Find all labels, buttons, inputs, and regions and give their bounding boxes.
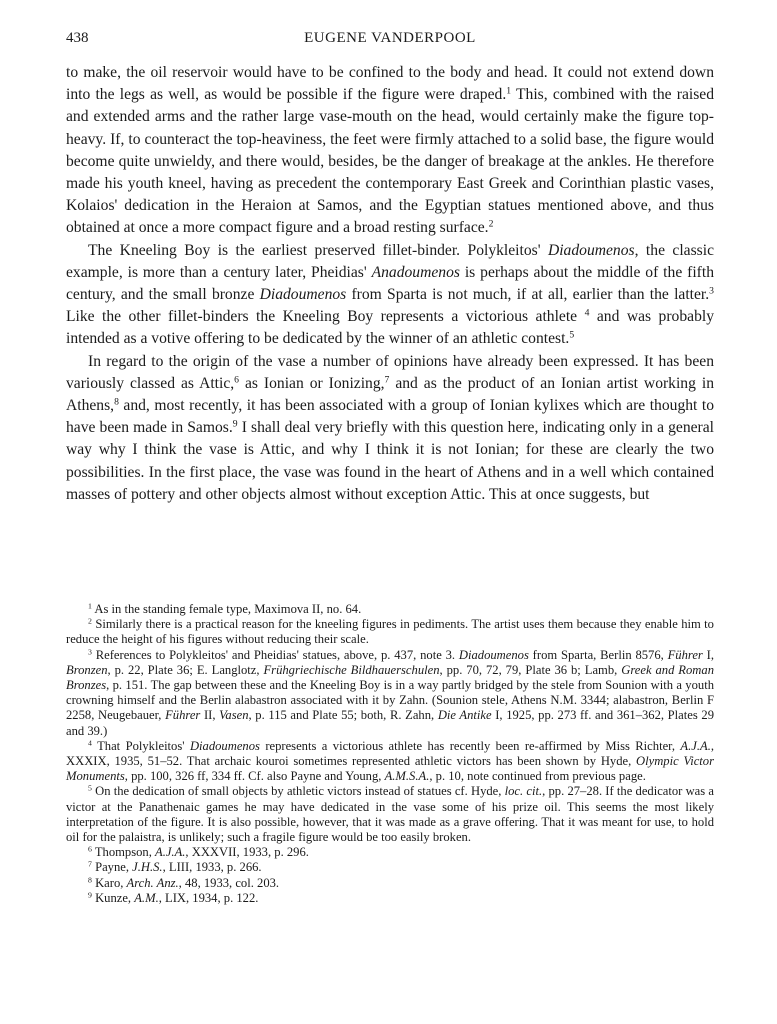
body-paragraph: In regard to the origin of the vase a nu…	[66, 351, 714, 506]
footnote-ref[interactable]: 2	[489, 219, 494, 230]
italic-title: Führer	[668, 648, 703, 662]
footnote-number: 2	[88, 617, 92, 626]
footnote-ref[interactable]: 5	[569, 330, 574, 341]
footnote-7: 7 Payne, J.H.S., LIII, 1933, p. 266.	[66, 860, 714, 875]
text-run: I,	[703, 648, 714, 662]
body-text: to make, the oil reservoir would have to…	[66, 62, 714, 506]
footnote-number: 1	[88, 602, 92, 611]
text-run: Payne,	[95, 860, 132, 874]
footnote-number: 3	[88, 647, 92, 656]
text-run: This, combined with the raised and exten…	[66, 86, 714, 236]
footnote-ref[interactable]: 3	[709, 286, 714, 297]
text-run: Kunze,	[95, 891, 134, 905]
text-run: from Sparta, Berlin 8576,	[529, 648, 668, 662]
text-run: References to Polykleitos' and Pheidias'…	[96, 648, 459, 662]
text-run: Similarly there is a practical reason fo…	[66, 617, 714, 646]
italic-title: Diadoumenos	[260, 286, 347, 303]
body-paragraph: The Kneeling Boy is the earliest preserv…	[66, 240, 714, 351]
italic-title: Vasen	[219, 708, 248, 722]
text-run: as Ionian or Ionizing,	[239, 375, 385, 392]
running-title: EUGENE VANDERPOOL	[66, 30, 714, 47]
footnote-number: 9	[88, 891, 92, 900]
text-run: represents a victorious athlete has rece…	[260, 739, 681, 753]
body-paragraph: to make, the oil reservoir would have to…	[66, 62, 714, 240]
footnote-number: 7	[88, 860, 92, 869]
footnote-number: 5	[88, 784, 92, 793]
footnote-number: 8	[88, 875, 92, 884]
text-run: That Polykleitos'	[97, 739, 190, 753]
text-run: , LIII, 1933, p. 266.	[163, 860, 262, 874]
footnote-8: 8 Karo, Arch. Anz., 48, 1933, col. 203.	[66, 876, 714, 891]
text-run: , XXXVII, 1933, p. 296.	[185, 845, 308, 859]
italic-title: Die Antike	[438, 708, 492, 722]
footnote-1: 1 As in the standing female type, Maximo…	[66, 602, 714, 617]
footnote-number: 4	[88, 739, 92, 748]
text-run: , pp. 70, 72, 79, Plate 36 b; Lamb,	[440, 663, 622, 677]
italic-title: Anadoumenos	[372, 264, 460, 281]
text-run: , LIX, 1934, p. 122.	[159, 891, 259, 905]
text-run: The Kneeling Boy is the earliest preserv…	[88, 242, 548, 259]
italic-title: loc. cit.	[505, 784, 543, 798]
footnote-2: 2 Similarly there is a practical reason …	[66, 617, 714, 647]
text-run: , p. 115 and Plate 55; both, R. Zahn,	[249, 708, 438, 722]
footnote-4: 4 That Polykleitos' Diadoumenos represen…	[66, 739, 714, 785]
italic-title: Arch. Anz.	[127, 876, 179, 890]
footnote-9: 9 Kunze, A.M., LIX, 1934, p. 122.	[66, 891, 714, 906]
italic-title: A.M.S.A.	[385, 769, 430, 783]
footnotes: 1 As in the standing female type, Maximo…	[66, 602, 714, 906]
text-run: , p. 22, Plate 36; E. Langlotz,	[108, 663, 264, 677]
footnote-5: 5 On the dedication of small objects by …	[66, 784, 714, 845]
text-run: Like the other fillet-binders the Kneeli…	[66, 308, 585, 325]
running-head: 438 EUGENE VANDERPOOL	[66, 30, 714, 50]
text-run: Karo,	[95, 876, 126, 890]
italic-title: A.J.A.	[680, 739, 710, 753]
italic-title: A.M.	[134, 891, 158, 905]
italic-title: Bronzen	[66, 663, 108, 677]
italic-title: A.J.A.	[155, 845, 185, 859]
text-run: , 48, 1933, col. 203.	[179, 876, 279, 890]
footnote-3: 3 References to Polykleitos' and Pheidia…	[66, 648, 714, 739]
text-run: Thompson,	[95, 845, 155, 859]
text-run: , p. 10, note continued from previous pa…	[429, 769, 646, 783]
italic-title: Diadoumenos	[459, 648, 529, 662]
italic-title: J.H.S.	[132, 860, 162, 874]
text-run: from Sparta is not much, if at all, earl…	[346, 286, 709, 303]
text-run: II,	[200, 708, 219, 722]
footnote-number: 6	[88, 845, 92, 854]
italic-title: Diadoumenos	[548, 242, 635, 259]
footnote-6: 6 Thompson, A.J.A., XXXVII, 1933, p. 296…	[66, 845, 714, 860]
text-run: On the dedication of small objects by at…	[95, 784, 504, 798]
text-run: As in the standing female type, Maximova…	[94, 602, 361, 616]
italic-title: Frühgriechische Bildhauerschulen	[263, 663, 439, 677]
italic-title: Diadoumenos	[190, 739, 260, 753]
text-run: , pp. 100, 326 ff, 334 ff. Cf. also Payn…	[125, 769, 385, 783]
italic-title: Führer	[165, 708, 200, 722]
